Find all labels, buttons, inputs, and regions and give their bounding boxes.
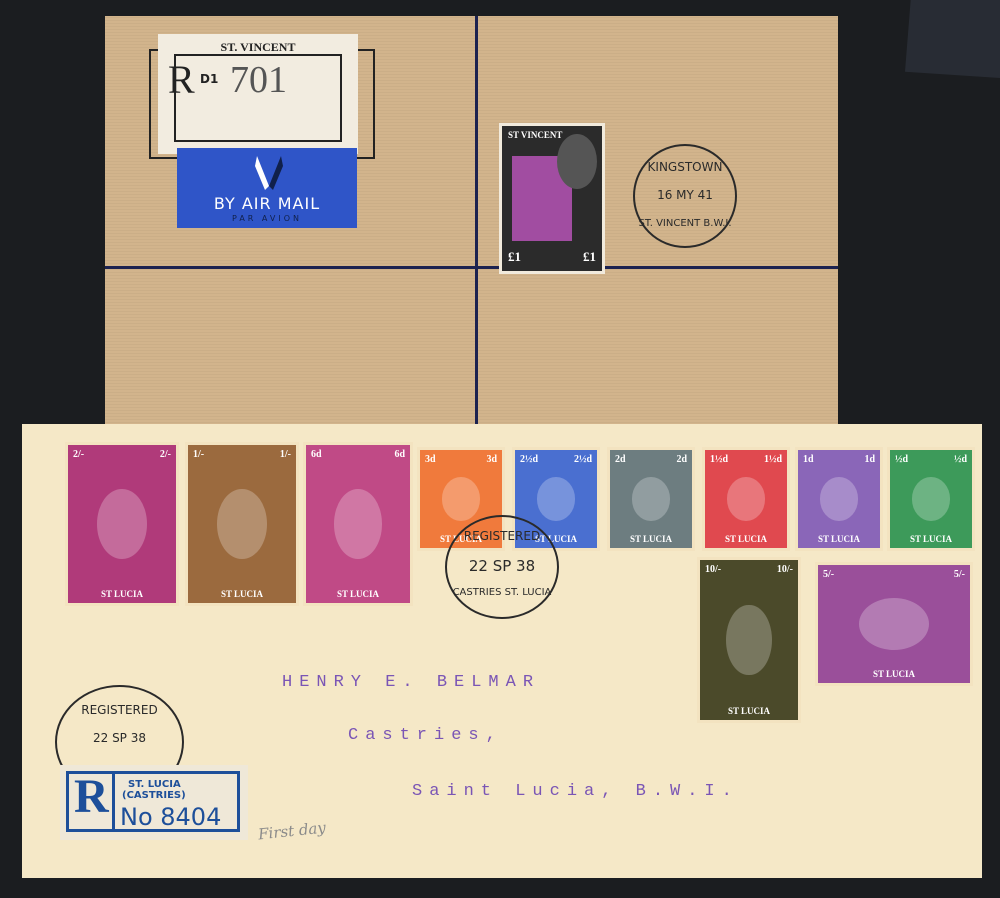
stamp-country: ST LUCIA [890,534,972,544]
stamp-denomination-right: 3d [486,454,497,465]
st-lucia-stamp: 5/-5/-ST LUCIA [818,565,970,683]
king-portrait [442,477,480,520]
st-lucia-stamp: 2/-2/-ST LUCIA [68,445,176,603]
stamp-denomination-right: 2½d [574,454,592,465]
airmail-label: BY AIR MAIL PAR AVION [177,148,357,228]
label-number: No 8404 [120,803,221,831]
stamp-denomination: £1 [508,249,521,265]
stamp-country: ST LUCIA [188,589,296,599]
postmark-date: 16 MY 41 [635,188,735,202]
stamp-denomination: 2d [615,454,626,465]
airmail-text: BY AIR MAIL [177,194,357,213]
stamp-denomination: 2½d [520,454,538,465]
upper-cover: ST. VINCENT R D1 701 BY AIR MAIL PAR AVI… [105,16,838,426]
address-city: Castries, [348,726,503,745]
address-name: HENRY E. BELMAR [282,673,540,692]
label-number: 701 [230,58,287,102]
st-lucia-stamp: 6d6dST LUCIA [306,445,410,603]
wing-icon [255,156,283,190]
label-letter: R [74,769,109,824]
stamp-denomination: 1d [803,454,814,465]
stamp-country: ST LUCIA [610,534,692,544]
stamp-country: ST VINCENT [508,130,562,140]
stamp-denomination: 10/- [705,564,721,575]
king-portrait [217,489,267,559]
king-portrait [820,477,858,520]
postmark-bottom: ST. VINCENT B.W.I. [635,218,735,229]
registration-label-st-vincent: ST. VINCENT R D1 701 [158,34,358,154]
stamp-denomination: 3d [425,454,436,465]
stamp-denomination-right: 6d [394,449,405,460]
label-sub-office: (CASTRIES) [122,790,186,801]
stamp-denomination-right: 1½d [764,454,782,465]
stamp-country: ST LUCIA [68,589,176,599]
par-avion-text: PAR AVION [177,214,357,223]
stamp-denomination-right: 1/- [280,449,291,460]
label-office: ST. LUCIA [128,779,181,790]
postmark-date: 22 SP 38 [57,731,182,745]
king-portrait [859,598,929,650]
stamp-denomination-right: £1 [583,249,596,265]
postmark-line3: CASTRIES ST. LUCIA [447,587,557,598]
stamp-country: ST LUCIA [306,589,410,599]
stamp-denomination-right: ½d [954,454,967,465]
king-portrait [334,489,382,559]
stamp-country: ST LUCIA [705,534,787,544]
stamp-denomination: ½d [895,454,908,465]
kingstown-postmark: KINGSTOWN 16 MY 41 ST. VINCENT B.W.I. [633,144,737,248]
postmark-line1: REGISTERED [447,529,557,543]
stamp-denomination: 6d [311,449,322,460]
king-portrait [632,477,670,520]
stamp-denomination-right: 10/- [777,564,793,575]
stamp-denomination: 5/- [823,569,834,580]
tape-piece [905,0,1000,78]
stamp-denomination: 1/- [193,449,204,460]
st-lucia-stamp: 1/-1/-ST LUCIA [188,445,296,603]
stamp-denomination-right: 5/- [954,569,965,580]
postmark-line1: REGISTERED [57,703,182,717]
king-portrait [727,477,765,520]
stamp-country: ST LUCIA [818,669,970,679]
st-lucia-stamp: 10/-10/-ST LUCIA [700,560,798,720]
label-country: ST. VINCENT [158,40,358,55]
address-country: Saint Lucia, B.W.I. [412,782,739,801]
postmark-town: KINGSTOWN [635,160,735,174]
st-lucia-stamp: 1½d1½dST LUCIA [705,450,787,548]
castries-postmark-center: REGISTERED 22 SP 38 CASTRIES ST. LUCIA [445,515,559,619]
label-letter: R [168,56,195,103]
king-portrait [726,605,771,675]
label-office-code: D1 [200,72,218,86]
stamp-denomination: 2/- [73,449,84,460]
postmark-date: 22 SP 38 [447,557,557,575]
registration-line-horizontal [105,266,838,269]
stamp-denomination-right: 2d [676,454,687,465]
label-divider [112,771,115,832]
king-portrait [557,134,597,189]
king-portrait [97,489,147,559]
st-lucia-stamp: ½d½dST LUCIA [890,450,972,548]
stamp-denomination: 1½d [710,454,728,465]
registration-label-st-lucia: R ST. LUCIA (CASTRIES) No 8404 [60,765,248,840]
king-portrait [537,477,575,520]
stamp-denomination-right: 2/- [160,449,171,460]
stamp-country: ST LUCIA [798,534,880,544]
registration-line-vertical [475,16,478,426]
st-vincent-stamp: ST VINCENT £1 £1 [502,126,602,271]
st-lucia-stamp: 1d1dST LUCIA [798,450,880,548]
stamp-country: ST LUCIA [700,706,798,716]
king-portrait [912,477,950,520]
st-lucia-stamp: 2d2dST LUCIA [610,450,692,548]
stamp-denomination-right: 1d [864,454,875,465]
